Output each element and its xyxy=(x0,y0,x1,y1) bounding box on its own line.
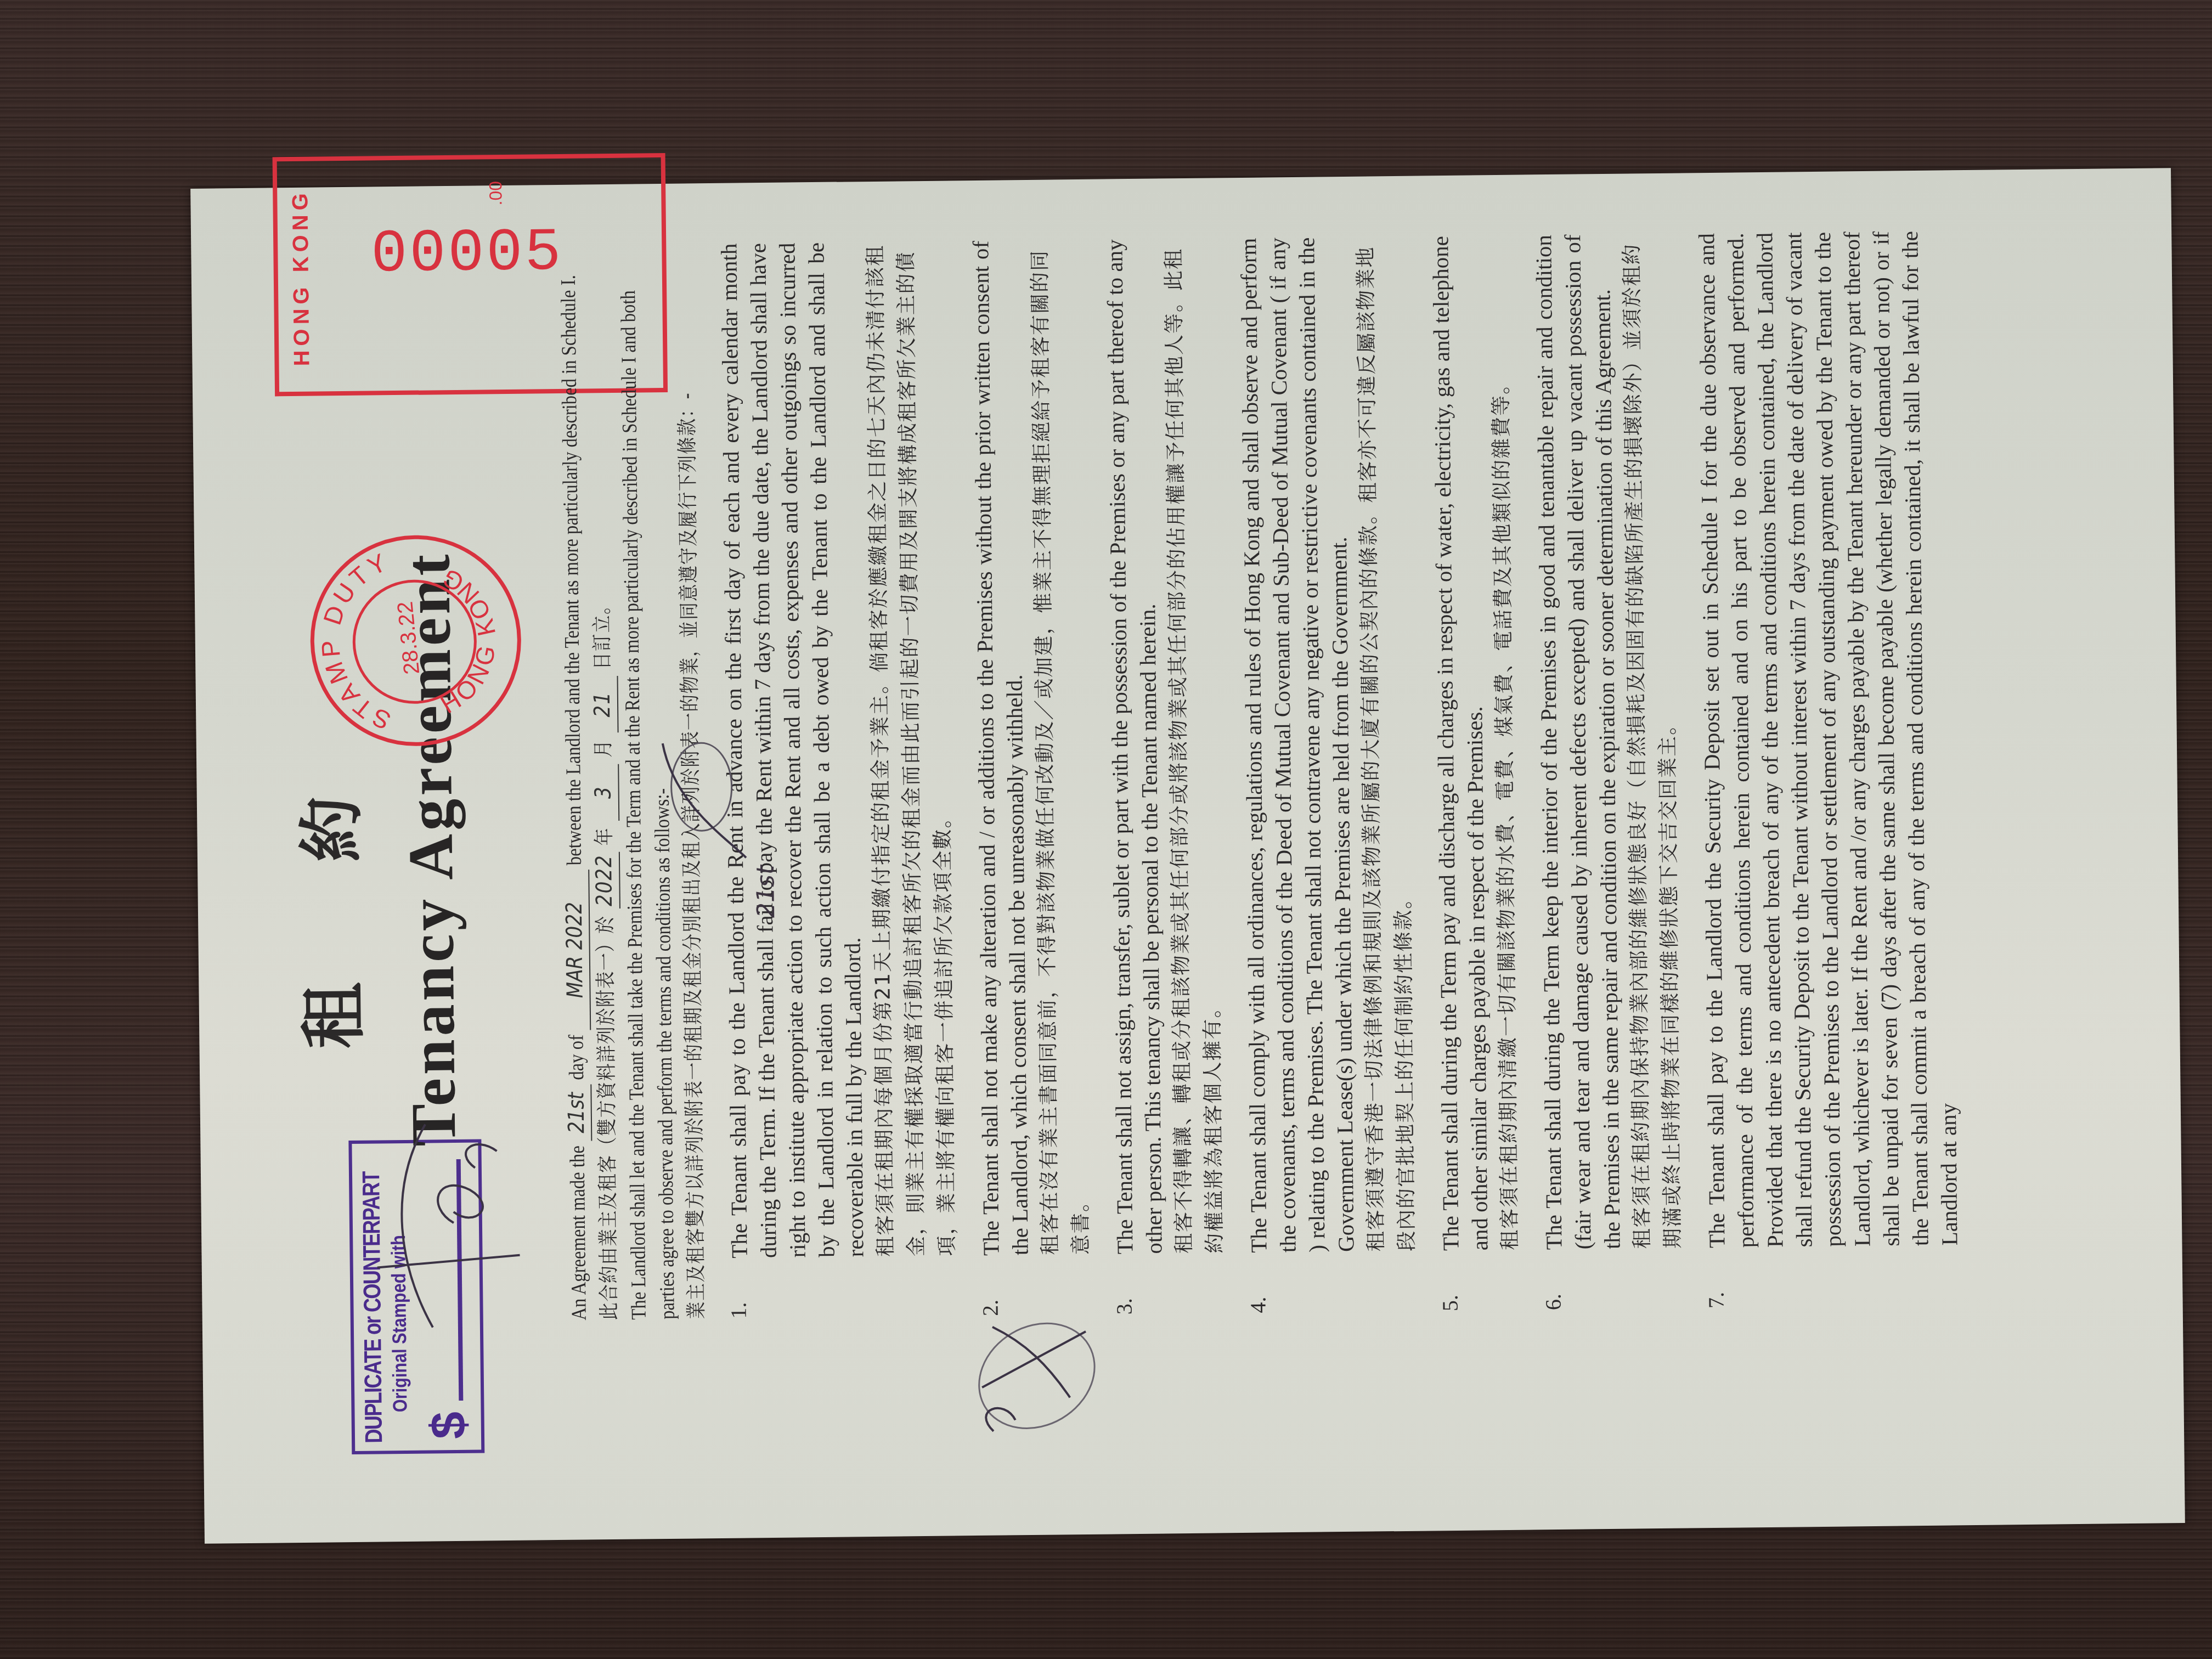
clause-number: 5. xyxy=(1437,1295,1463,1311)
clause-list: 1.The Tenant shall pay to the Landlord t… xyxy=(714,230,1965,1319)
clause-chinese: 租客在沒有業主書面同意前，不得對該物業做任何改動及／或加建，惟業主不得無理拒絕給… xyxy=(1024,240,1096,1255)
clause-number: 4. xyxy=(1245,1296,1271,1313)
clause-number: 1. xyxy=(725,1302,751,1318)
clause-english: The Tenant shall during the Term pay and… xyxy=(1426,235,1494,1251)
clause-english: The Tenant shall pay to the Landlord the… xyxy=(1692,230,1964,1248)
intro-between: between the Landlord and the Tenant as m… xyxy=(557,275,586,865)
clause-4: 4.The Tenant shall comply with all ordin… xyxy=(1234,236,1423,1313)
stamp-duty-seal: STAMP DUTY HONG KONG 28.3.22 xyxy=(309,534,522,747)
agreement-body: An Agreement made the 21st day of MAR 20… xyxy=(553,230,1965,1321)
intro-zh-prefix: 此合約由業主及租客（雙方資料詳列於附表一）於 xyxy=(593,915,621,1320)
signature-mark-title xyxy=(365,1102,532,1334)
intro-day-of: day of xyxy=(565,1035,588,1080)
agreement-month-field-zh: 3 xyxy=(588,764,619,821)
agreement-day-field: 21st xyxy=(562,1085,592,1142)
clause-5: 5.The Tenant shall during the Term pay a… xyxy=(1426,235,1526,1312)
clause-3: 3.The Tenant shall not assign, transfer,… xyxy=(1100,238,1231,1314)
clause-chinese: 租客須在租期內每個月份第21天上期繳付指定的租金予業主。倘租客於應繳租金之日的七… xyxy=(860,241,962,1257)
zh-day-label: 日訂立。 xyxy=(590,596,614,670)
intro-prefix: An Agreement made the xyxy=(566,1145,590,1321)
agreement-day-field-zh: 21 xyxy=(588,676,619,733)
title-block: DUPLICATE or COUNTERPART Original Stampe… xyxy=(190,185,567,1544)
clause-english: The Tenant shall comply with all ordinan… xyxy=(1234,237,1361,1253)
initials-mark-clause2 xyxy=(960,1310,1104,1454)
clause-2: 2.The Tenant shall not make any alterati… xyxy=(966,240,1097,1316)
clause-6: 6.The Tenant shall during the Term keep … xyxy=(1529,234,1689,1311)
initials-mark-clause1 xyxy=(657,737,758,870)
clause-chinese: 租客不得轉讓、轉租或分租該物業或其任何部分或將該物業或其任何部分的佔用權讓予任何… xyxy=(1158,238,1230,1254)
clause-7: 7.The Tenant shall pay to the Landlord t… xyxy=(1692,230,1965,1308)
clause-chinese: 租客須遵守香港一切法律條例和規則及該物業所屬的大廈有關的公契內的條款。租客亦不可… xyxy=(1350,236,1422,1252)
zh-year-label: 年 xyxy=(592,827,616,846)
agreement-year-field-zh: 2022 xyxy=(589,852,620,909)
clause-english: The Tenant shall during the Term keep th… xyxy=(1529,234,1627,1250)
clause-english: The Tenant shall not assign, transfer, s… xyxy=(1100,239,1169,1255)
zh-month-label: 月 xyxy=(591,739,615,758)
clause-chinese: 租客須在租約期內保持物業內部的維修狀態良好（自然損耗及因固有的缺陷所產生的損壞除… xyxy=(1616,234,1688,1249)
clause-english: The Tenant shall not make any alteration… xyxy=(966,240,1035,1256)
handwritten-rent-day: 21st xyxy=(752,865,780,918)
tenancy-agreement-page: DUPLICATE or COUNTERPART Original Stampe… xyxy=(190,168,2185,1544)
clause-number: 7. xyxy=(1703,1292,1729,1308)
meter-amount: 00005 xyxy=(371,219,563,290)
agreement-month-year-field: MAR 2022 xyxy=(560,870,591,1030)
stamp-currency-symbol: $ xyxy=(421,1412,478,1440)
meter-country: HONG KONG xyxy=(288,173,315,382)
meter-cents: .00 xyxy=(486,181,506,206)
clause-number: 6. xyxy=(1540,1294,1566,1310)
clause-number: 3. xyxy=(1111,1298,1137,1314)
